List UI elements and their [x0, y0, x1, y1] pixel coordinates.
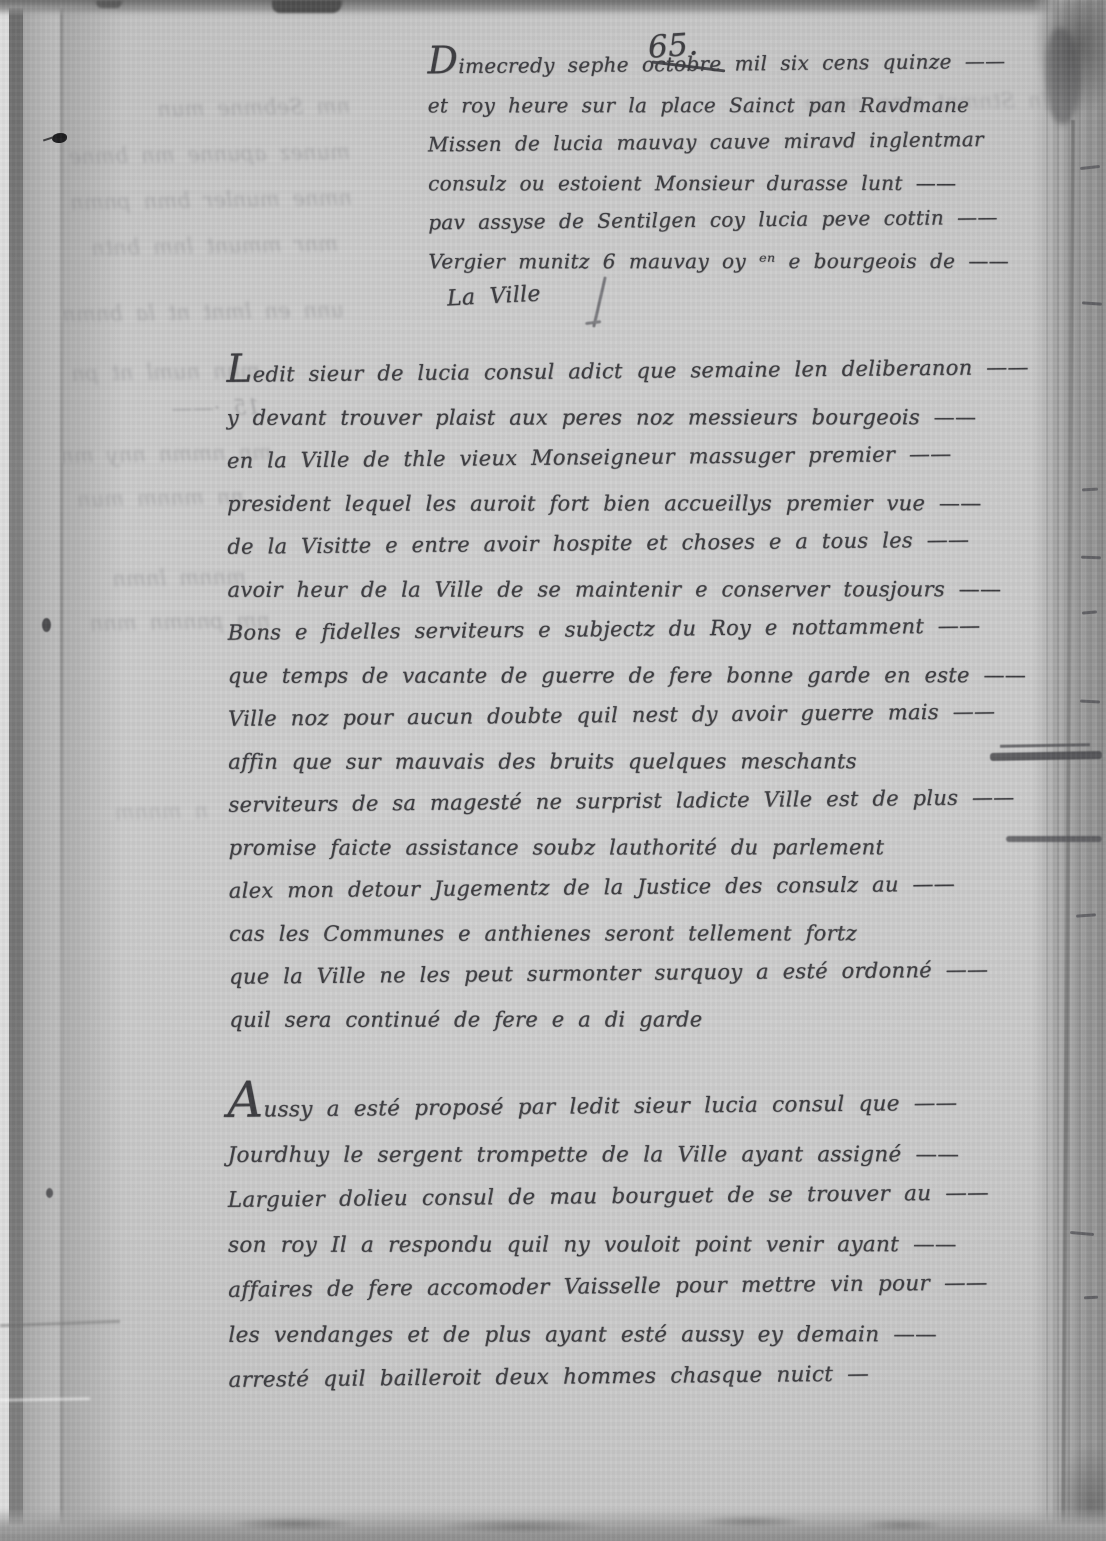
page-stack-streaks [1046, 0, 1106, 1541]
manuscript-line: arresté quil bailleroit deux hommes chas… [228, 1350, 1068, 1403]
paraph-flourish [592, 276, 607, 327]
manuscript-line: Aussy a esté proposé par ledit sieur luc… [227, 1080, 1067, 1133]
bleedthrough-smudge: mnr mmunt lnm bntn [88, 232, 338, 260]
top-edge-blot [272, 0, 342, 13]
ink-blot [46, 1188, 53, 1198]
manuscript-line: Missen de lucia mauvay cauve miravd ingl… [428, 119, 1068, 164]
scan-background-strip [0, 0, 9, 1541]
edge-ink-tick [1081, 556, 1101, 560]
manuscript-line: alex mon detour Jugementz de la Justice … [229, 862, 1059, 913]
manuscript-line: que la Ville ne les peut surmonter surqu… [229, 948, 1059, 999]
previous-page-edge [23, 0, 63, 1541]
bleedthrough-smudge: munez apunne mn bmne [100, 140, 350, 168]
manuscript-line: quil sera continué de fere e a di garde [229, 998, 1059, 1042]
ink-smear-stroke [1006, 836, 1102, 842]
margin-heading: La Ville [446, 282, 541, 312]
top-edge-blot [96, 0, 122, 8]
manuscript-line: Larguier dolieu consul de mau bourguet d… [228, 1170, 1068, 1223]
manuscript-line: pav assyse de Sentilgen coy lucia peve c… [428, 197, 1068, 242]
top-edge-shadow [0, 0, 1106, 16]
manuscript-line: Ville noz pour aucun doubte quil nest dy… [228, 690, 1058, 741]
gutter-shading [63, 0, 123, 1541]
manuscript-line: en la Ville de thle vieux Monseigneur ma… [227, 432, 1057, 483]
deliberation-paragraph-1: Ledit sieur de lucia consul adict que se… [227, 350, 1060, 1042]
opening-paragraph: Dimecredy sephe octobre mil six cens qui… [427, 45, 1068, 282]
ink-blot [42, 618, 51, 632]
manuscript-line: serviteurs de sa magesté ne surprist lad… [228, 776, 1058, 827]
manuscript-line: Ledit sieur de lucia consul adict que se… [226, 346, 1056, 397]
manuscript-line: Vergier munitz 6 mauvay oy ᵉⁿ e bourgeoi… [428, 242, 1068, 282]
binding-gutter-shadow [9, 0, 23, 1541]
bleedthrough-smudge: nmne munler bmn pnmn [92, 186, 352, 215]
deliberation-paragraph-2: Aussy a esté proposé par ledit sieur luc… [227, 1084, 1068, 1403]
bleedthrough-smudge: nm Sebmne mun [120, 94, 350, 122]
manuscript-line: Dimecredy sephe octobre mil six cens qui… [427, 41, 1067, 86]
bottom-edge-mottling [180, 1512, 940, 1536]
manuscript-line: Bons e fidelles serviteurs e subjectz du… [228, 604, 1058, 655]
manuscript-scan: nm Sebmne mun munez apunne mn bmne nmne … [0, 0, 1106, 1541]
manuscript-line: de la Visitte e entre avoir hospite et c… [227, 518, 1057, 569]
manuscript-line: affaires de fere accomoder Vaisselle pou… [228, 1260, 1068, 1313]
